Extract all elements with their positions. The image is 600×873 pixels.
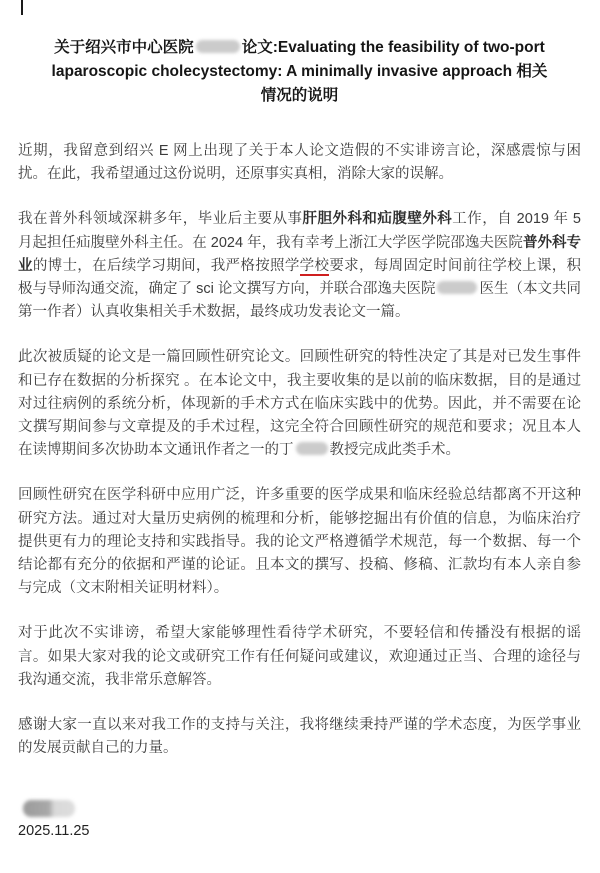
redacted-text	[296, 442, 328, 455]
text-run: 的博士，在后续学习期间，我严格按照学	[33, 258, 300, 274]
redacted-signature	[23, 800, 75, 817]
document-title: 关于绍兴市中心医院论文:Evaluating the feasibility o…	[47, 36, 552, 108]
paragraph: 感谢大家一直以来对我工作的支持与关注，我将继续秉持严谨的学术态度，为医学事业的发…	[18, 714, 581, 760]
text-run: 对于此次不实诽谤，希望大家能够理性看待学术研究，不要轻信和传播没有根据的谣言。如…	[18, 625, 581, 687]
text-run: 我在普外科领域深耕多年，毕业后主要从事	[18, 211, 303, 227]
signature-block: 2025.11.25	[18, 800, 581, 843]
paragraph: 此次被质疑的论文是一篇回顾性研究论文。回顾性研究的特性决定了其是对已发生事件和已…	[18, 346, 581, 462]
paragraph: 近期，我留意到绍兴 E 网上出现了关于本人论文造假的不实诽谤言论，深感震惊与困扰…	[18, 140, 581, 186]
redacted-text	[196, 40, 240, 53]
text-run: 关于绍兴市中心医院	[54, 39, 194, 56]
text-run: 教授完成此类手术。	[330, 442, 461, 458]
paragraph: 对于此次不实诽谤，希望大家能够理性看待学术研究，不要轻信和传播没有根据的谣言。如…	[18, 622, 581, 692]
text-run: 学校	[300, 258, 330, 276]
document-page: 关于绍兴市中心医院论文:Evaluating the feasibility o…	[0, 0, 600, 873]
document-body: 近期，我留意到绍兴 E 网上出现了关于本人论文造假的不实诽谤言论，深感震惊与困扰…	[18, 140, 581, 760]
paragraph: 我在普外科领域深耕多年，毕业后主要从事肝胆外科和疝腹壁外科工作，自 2019 年…	[18, 208, 581, 324]
text-cursor-artifact	[21, 0, 23, 15]
text-run: 回顾性研究在医学科研中应用广泛，许多重要的医学成果和临床经验总结都离不开这种研究…	[18, 487, 581, 596]
redacted-text	[437, 281, 477, 294]
text-run: 感谢大家一直以来对我工作的支持与关注，我将继续秉持严谨的学术态度，为医学事业的发…	[18, 717, 581, 756]
paragraph: 回顾性研究在医学科研中应用广泛，许多重要的医学成果和临床经验总结都离不开这种研究…	[18, 484, 581, 600]
text-run: 近期，我留意到绍兴 E 网上出现了关于本人论文造假的不实诽谤言论，深感震惊与困扰…	[18, 143, 581, 182]
document-date: 2025.11.25	[18, 820, 581, 843]
text-run: 肝胆外科和疝腹壁外科	[303, 211, 453, 227]
